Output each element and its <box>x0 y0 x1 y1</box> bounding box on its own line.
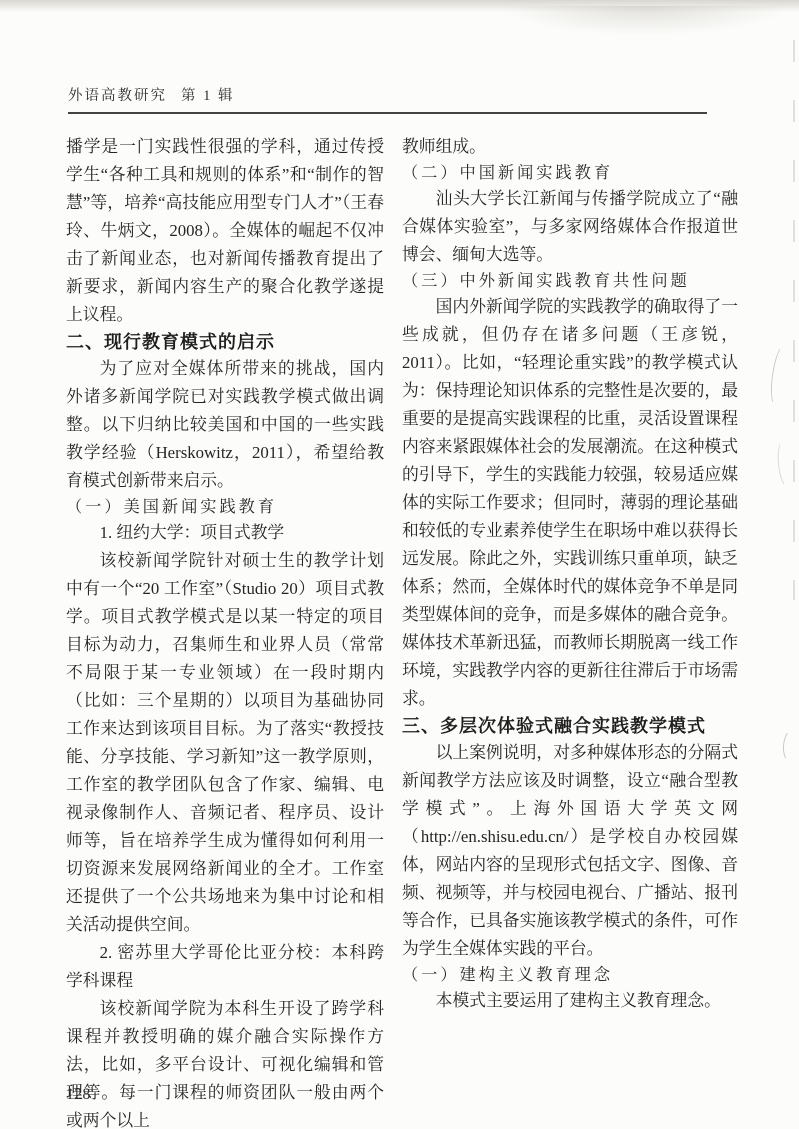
text-column-right: 教师组成。（二）中国新闻实践教育汕头大学长江新闻与传播学院成立了“融合媒体实验室… <box>402 133 738 1015</box>
paragraph: 播学是一门实践性很强的学科，通过传授学生“各种工具和规则的体系”和“制作的智慧”… <box>66 133 384 329</box>
subsection-heading: （二）中国新闻实践教育 <box>402 161 738 185</box>
paragraph: 本模式主要运用了建构主义教育理念。 <box>402 987 738 1015</box>
scanned-document-page: 外语高教研究第 1 辑 播学是一门实践性很强的学科，通过传授学生“各种工具和规则… <box>0 0 799 1129</box>
section-heading: 三、多层次体验式融合实践教学模式 <box>402 713 738 739</box>
paragraph: 该校新闻学院针对硕士生的教学计划中有一个“20 工作室”（Studio 20）项… <box>66 547 384 939</box>
scan-artifact-right-streak <box>793 40 795 600</box>
paragraph: 汕头大学长江新闻与传播学院成立了“融合媒体实验室”，与多家网络媒体合作报道世博会… <box>402 185 738 269</box>
scan-artifact-right-arc <box>768 344 792 408</box>
text-column-left: 播学是一门实践性很强的学科，通过传授学生“各种工具和规则的体系”和“制作的智慧”… <box>66 133 384 1129</box>
paragraph: 以上案例说明，对多种媒体形态的分隔式新闻教学方法应该及时调整，设立“融合型教学模… <box>402 739 738 963</box>
scan-artifact-top-blotch <box>500 6 790 36</box>
volume-label: 第 1 辑 <box>181 88 235 104</box>
page-number: 128 <box>66 1086 91 1104</box>
paragraph: 1. 纽约大学：项目式教学 <box>66 519 384 547</box>
header-rule <box>68 112 707 114</box>
paragraph: 国内外新闻学院的实践教学的确取得了一些成就，但仍存在诸多问题（王彦锐，2011）… <box>402 293 738 713</box>
running-header: 外语高教研究第 1 辑 <box>68 84 235 105</box>
journal-title: 外语高教研究 <box>68 88 167 104</box>
scan-artifact-right-arc <box>782 729 799 762</box>
paragraph: 为了应对全媒体所带来的挑战，国内外诸多新闻学院已对实践教学模式做出调整。以下归纳… <box>66 355 384 495</box>
paragraph: 该校新闻学院为本科生开设了跨学科课程并教授明确的媒介融合实际操作方法，比如，多平… <box>66 995 384 1129</box>
subsection-heading: （三）中外新闻实践教育共性问题 <box>402 269 738 293</box>
subsection-heading: （一）建构主义教育理念 <box>402 963 738 987</box>
paragraph: 教师组成。 <box>402 133 738 161</box>
subsection-heading: （一）美国新闻实践教育 <box>66 495 384 519</box>
section-heading: 二、现行教育模式的启示 <box>66 329 384 355</box>
paragraph: 2. 密苏里大学哥伦比亚分校：本科跨学科课程 <box>66 939 384 995</box>
